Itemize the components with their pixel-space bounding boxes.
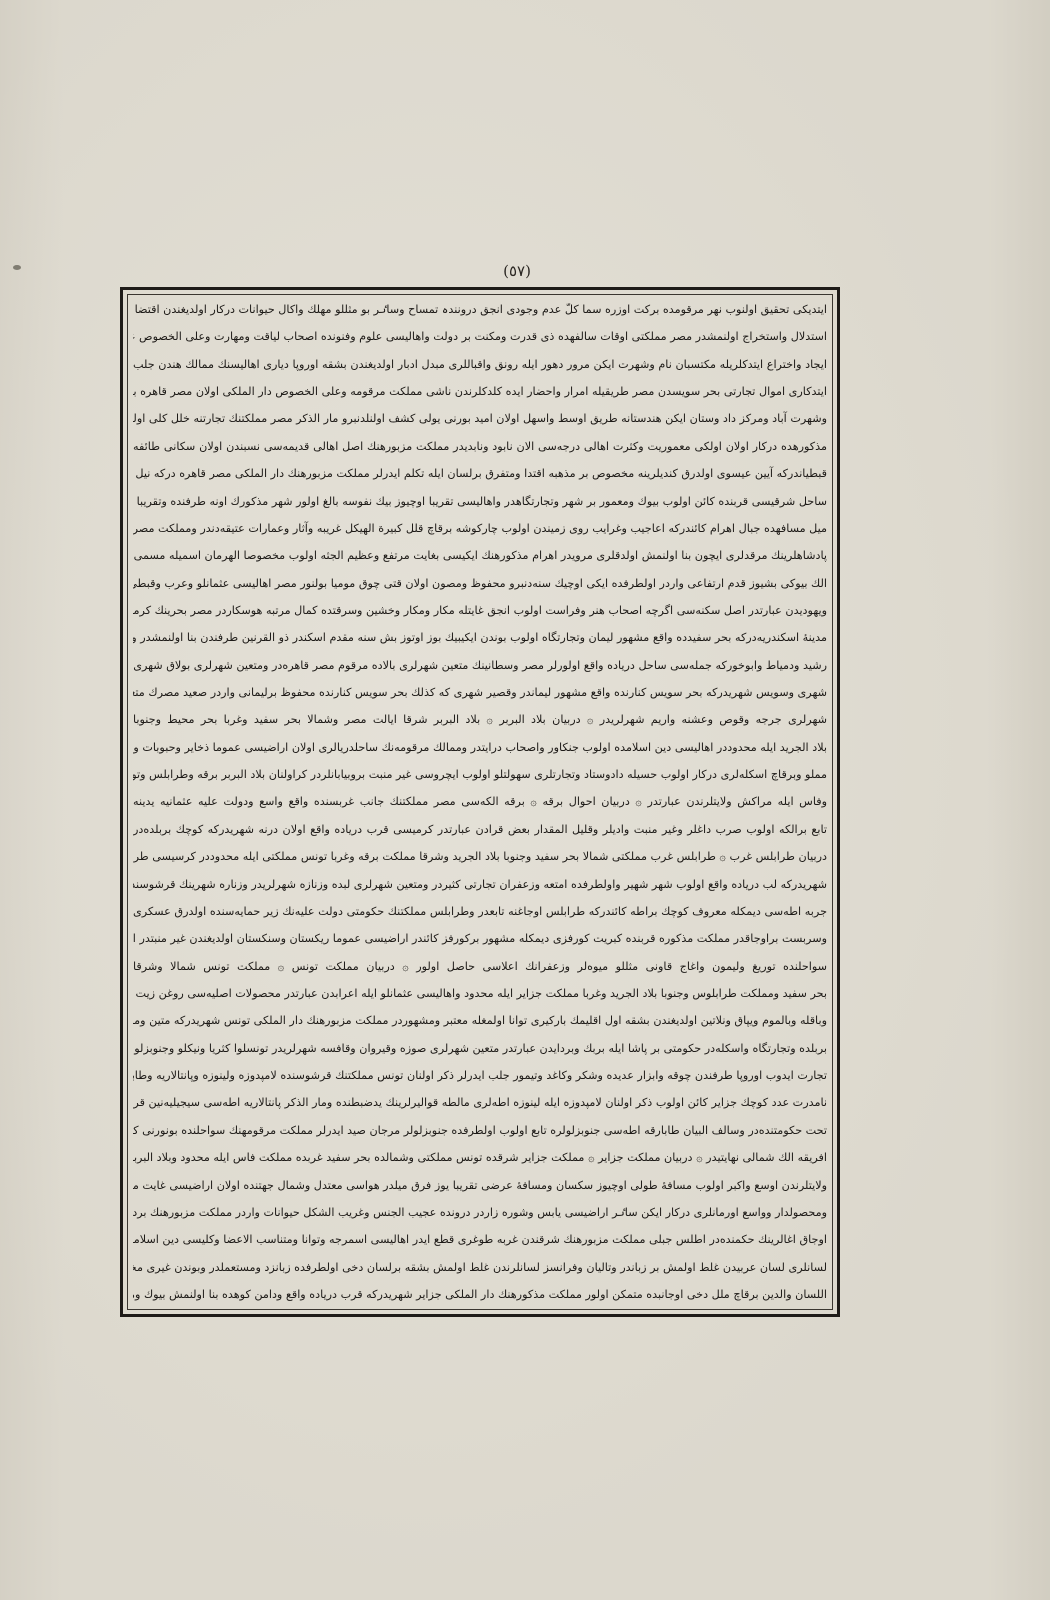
page-number: (٥٧) (0, 262, 1042, 280)
text-line: میل مسافهده جبال اهرام کائندرکه اعاجیب و… (133, 515, 827, 542)
text-line: شهری وسویس شهریدرکه بحر سویس کنارنده واق… (133, 679, 827, 706)
text-line: ایجاد واختراع ایتدکلریله مکتسبان نام وشه… (133, 351, 827, 378)
text-line: ولایتلرندن اوسع واکبر اولوب مسافهٔ طولی … (133, 1172, 827, 1199)
text-line-section-heading-tripoli: دربیان طرابلس غرب ۞ طرابلس غرب مملکتی شم… (133, 843, 827, 870)
text-line: بربلده وتجارتگاه واسکله‌در حکومتی بر پاش… (133, 1035, 827, 1062)
text-line-section-heading-algiers: افریقه الك شمالی نهایتیدر ۞ دربیان مملکت… (133, 1144, 827, 1171)
text-line: جربه اطه‌سی دیمکله معروف کوچك براطه کائن… (133, 898, 827, 925)
text-line: پادشاهلرینك مرقدلری ایچون بنا اولنمش اول… (133, 542, 827, 569)
text-line: وباقله وبالموم ویپاق ونلاتین اولدیغندن ب… (133, 1007, 827, 1034)
text-line: بحر سفید ومملکت طرابلوس وجنوبا بلاد الجر… (133, 980, 827, 1007)
text-line-section-heading-bilad-al-barbar: شهرلری جرجه وقوص وعشنه واریم شهرلریدر ۞ … (133, 706, 827, 733)
text-line: شهریدرکه لب دریاده واقع اولوب شهر شهیر و… (133, 871, 827, 898)
text-line: ایتدیکی تحقیق اولنوب نهر مرقومده برکت او… (133, 296, 827, 323)
text-line-section-heading-barqa: وفاس ایله مراکش ولایتلرندن عبارتدر ۞ درب… (133, 788, 827, 815)
text-line: وشهرت آباد ومرکز داد وستان ایکن هندستانه… (133, 405, 827, 432)
text-line: ایتدکاری اموال تجارتی بحر سویسدن مصر طری… (133, 378, 827, 405)
text-line: استدلال واستخراج اولنمشدر مصر مملکتی اوق… (133, 323, 827, 350)
text-line: ومحصولدار وواسع اورمانلری درکار ایکن ساٸ… (133, 1199, 827, 1226)
text-line: ویهودیدن عبارتدر اصل سکنه‌سی اگرچه اصحاب… (133, 597, 827, 624)
text-line: اللسان والدین برقاچ ملل دخی اوجانبده متم… (133, 1281, 827, 1308)
text-line: نامدرت عدد کوچك جزایر کائن اولوب ذکر اول… (133, 1089, 827, 1116)
text-frame-outer-border: ایتدیکی تحقیق اولنوب نهر مرقومده برکت او… (120, 287, 840, 1317)
body-text: ایتدیکی تحقیق اولنوب نهر مرقومده برکت او… (133, 296, 827, 1308)
text-line: لسانلری لسان عربیدن غلط اولمش بر زباندر … (133, 1254, 827, 1281)
text-line: ساحل شرقیسی قربنده کائن اولوب بیوك ومعمو… (133, 488, 827, 515)
text-line: بلاد الجرید ایله محدوددر اهالیسی دین اسل… (133, 734, 827, 761)
text-line: الك بیوکی بشیوز قدم ارتفاعی واردر اولطرف… (133, 570, 827, 597)
text-line: مدینهٔ اسکندریه‌درکه بحر سفیدده واقع مشه… (133, 624, 827, 651)
text-line: مذکورهده درکار اولان اولکی معموریت وکثرت… (133, 433, 827, 460)
text-line: رشید ودمیاط وابوخورکه جمله‌سی ساحل دریاد… (133, 652, 827, 679)
text-line: تابع برالکه اولوب صرب داغلر وغیر منبت وا… (133, 816, 827, 843)
text-line: وسربست براوجاقدر مملکت مذکوره قربنده کبر… (133, 925, 827, 952)
text-line-section-heading-tunis: سواحلنده توریغ ولیمون واغاج قاونی مثللو … (133, 953, 827, 980)
text-line: تحت حکومتنده‌در وسالف البیان طابارقه اطه… (133, 1117, 827, 1144)
text-line: قبطیاندرکه آیین عیسوی اولدرق کندیلرینه م… (133, 460, 827, 487)
text-line: تجارت ایدوب اوروپا طرفندن چوقه وابزار عد… (133, 1062, 827, 1089)
text-line: مملو وبرقاچ اسکله‌لری درکار اولوب حسیله … (133, 761, 827, 788)
text-line: اوجاق اغالرینك حکمنده‌در اطلس جبلی مملکت… (133, 1226, 827, 1253)
